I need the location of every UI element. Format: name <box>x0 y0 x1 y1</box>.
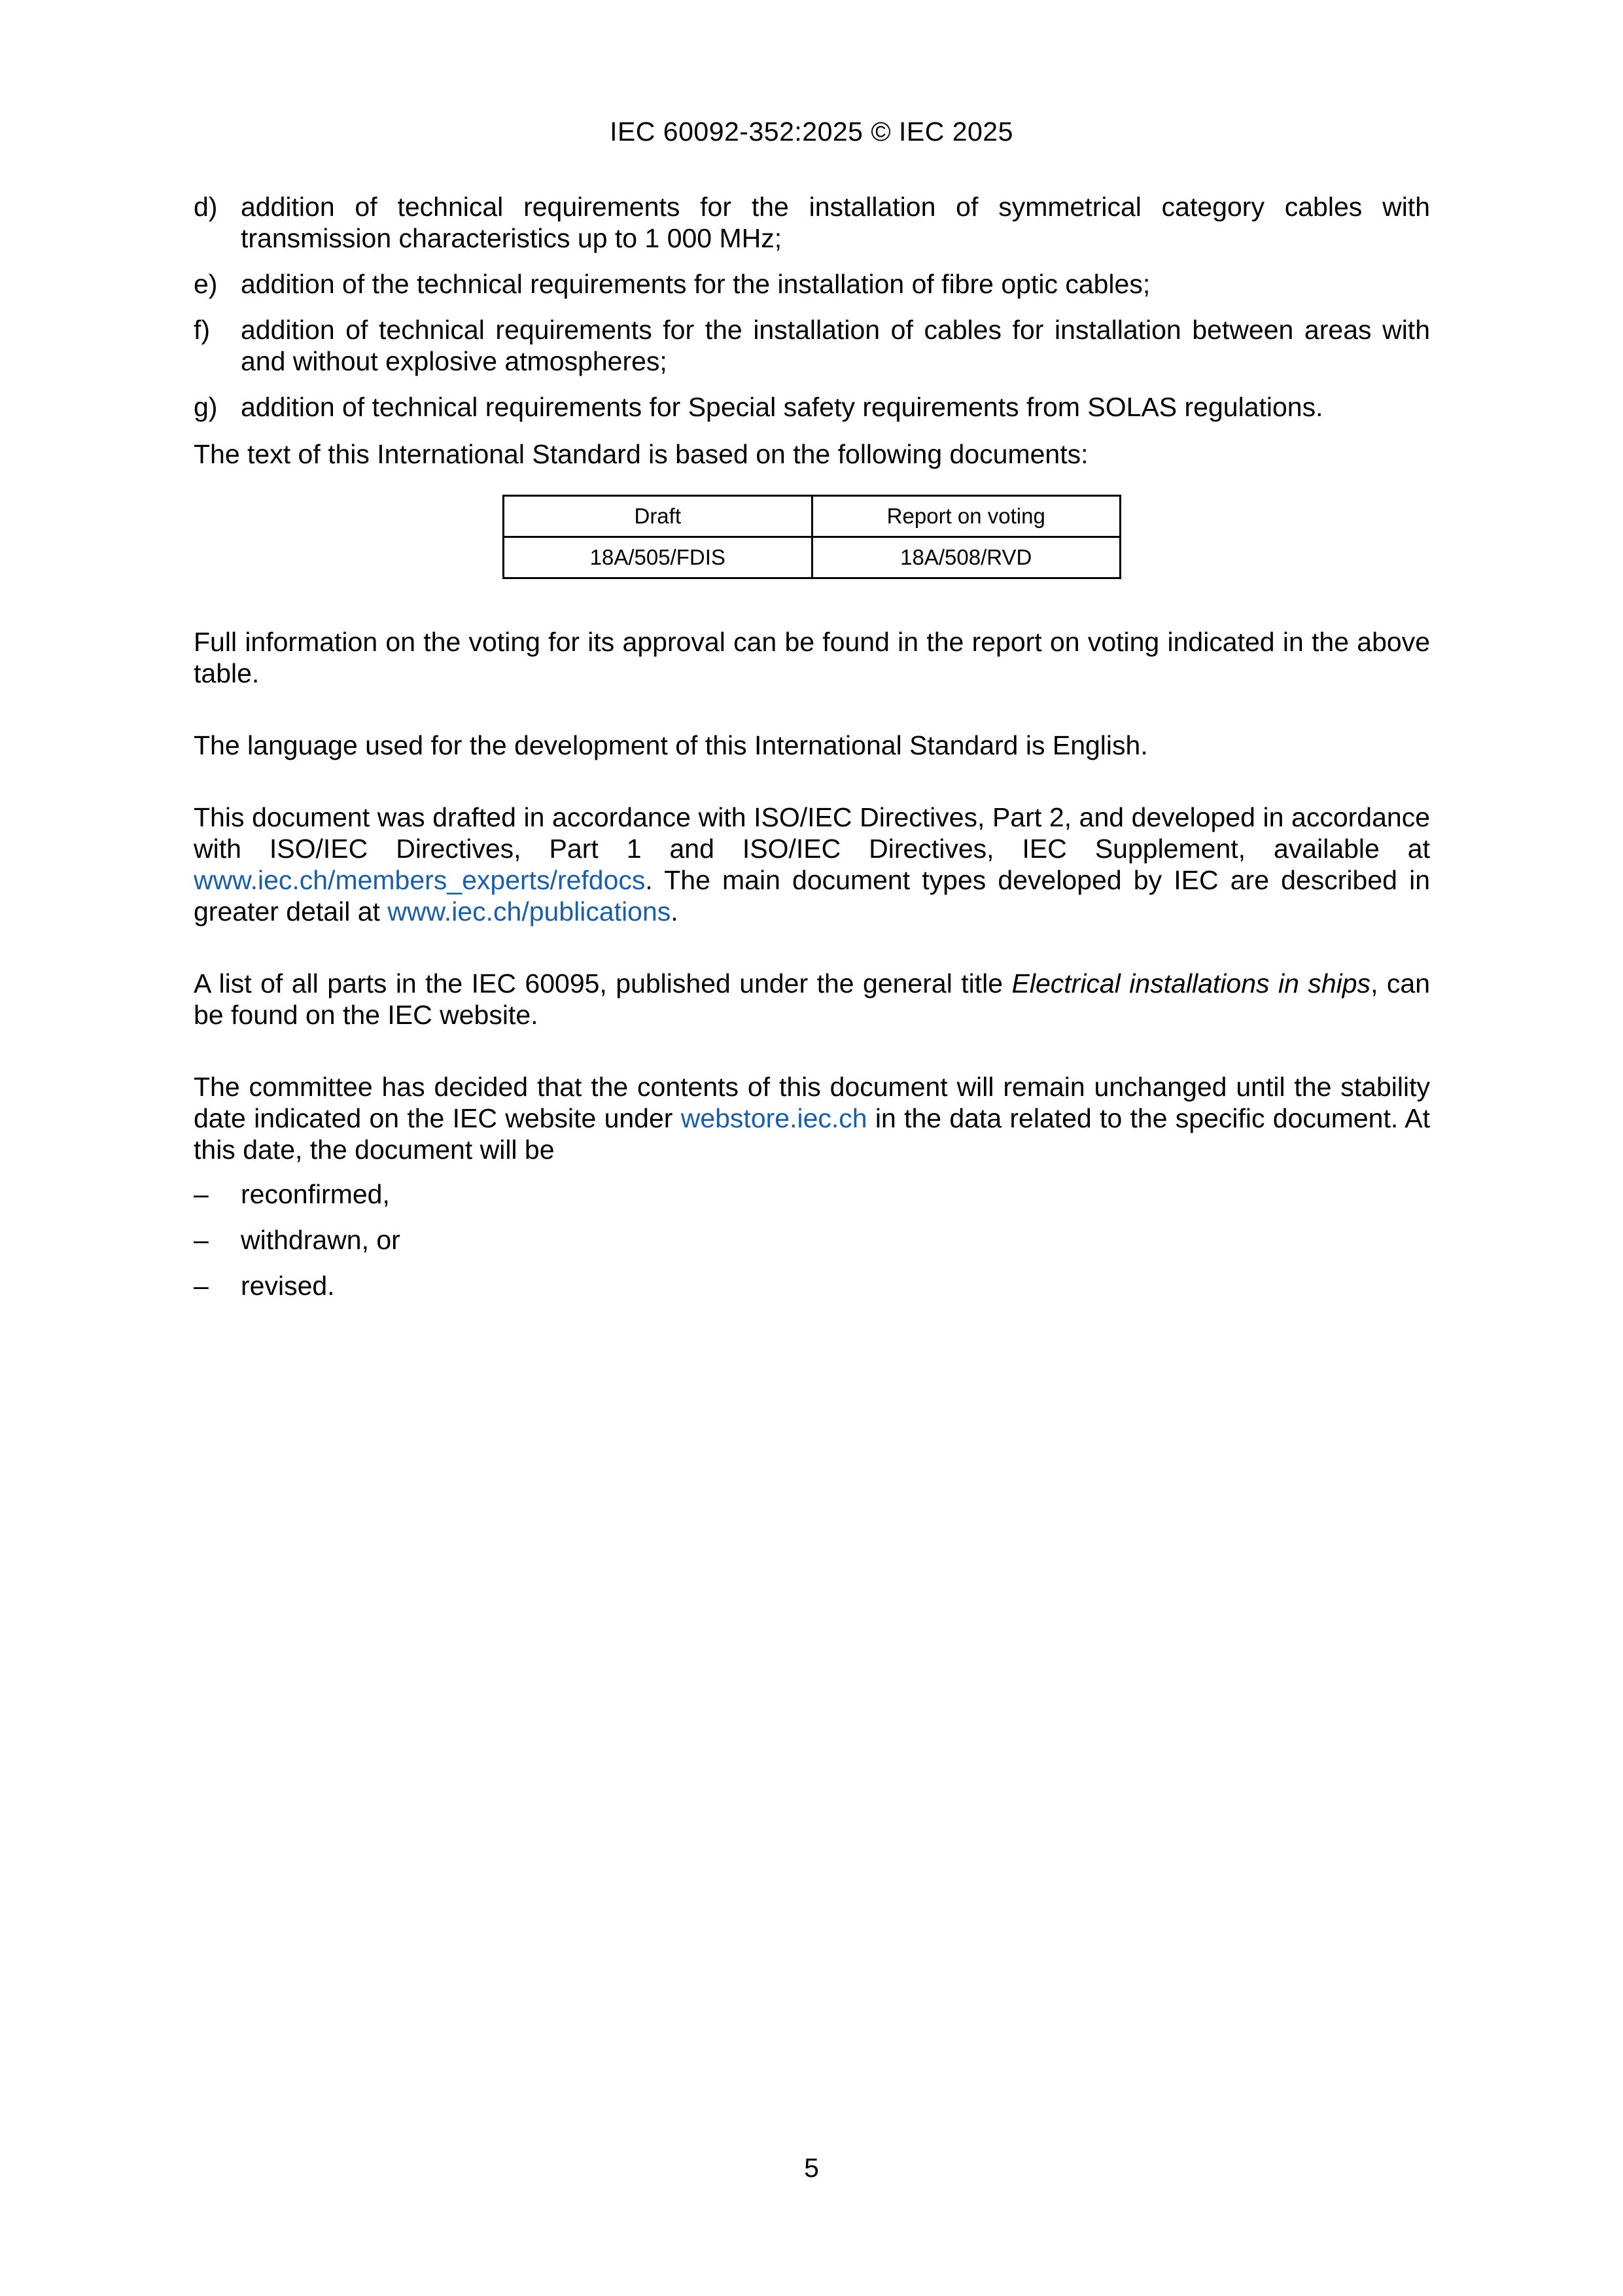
parts-list-paragraph: A list of all parts in the IEC 60095, pu… <box>194 968 1430 1031</box>
list-marker: d) <box>194 191 217 222</box>
series-title: Electrical installations in ships <box>1012 968 1371 998</box>
dash-marker: – <box>194 1178 209 1210</box>
table-cell-draft: 18A/505/FDIS <box>504 537 812 578</box>
page-content: d) addition of technical requirements fo… <box>194 191 1430 1316</box>
page-header: IEC 60092-352:2025 © IEC 2025 <box>0 116 1623 147</box>
list-item: – withdrawn, or <box>194 1224 1430 1256</box>
list-marker: f) <box>194 314 210 345</box>
list-item-text: addition of technical requirements for S… <box>241 392 1323 422</box>
list-item-text: addition of technical requirements for t… <box>241 315 1430 376</box>
changes-list: d) addition of technical requirements fo… <box>194 191 1430 423</box>
table-header-draft: Draft <box>504 496 812 537</box>
list-item-text: withdrawn, or <box>241 1225 400 1255</box>
table-row: 18A/505/FDIS 18A/508/RVD <box>504 537 1121 578</box>
voting-info-paragraph: Full information on the voting for its a… <box>194 626 1430 689</box>
list-marker: g) <box>194 391 217 423</box>
list-item: e) addition of the technical requirement… <box>194 268 1430 300</box>
publications-link[interactable]: www.iec.ch/publications <box>387 896 671 927</box>
outcomes-list: – reconfirmed, – withdrawn, or – revised… <box>194 1178 1430 1301</box>
page-number: 5 <box>0 2153 1623 2183</box>
committee-paragraph: The committee has decided that the conte… <box>194 1071 1430 1165</box>
drafting-paragraph: This document was drafted in accordance … <box>194 802 1430 927</box>
dash-marker: – <box>194 1270 209 1301</box>
list-item-text: addition of technical requirements for t… <box>241 192 1430 253</box>
list-item: – revised. <box>194 1270 1430 1301</box>
table-header-row: Draft Report on voting <box>504 496 1121 537</box>
list-item-text: reconfirmed, <box>241 1179 390 1209</box>
list-item: f) addition of technical requirements fo… <box>194 314 1430 377</box>
parts-text: A list of all parts in the IEC 60095, pu… <box>194 968 1012 998</box>
webstore-link[interactable]: webstore.iec.ch <box>681 1103 867 1133</box>
drafting-text: This document was drafted in accordance … <box>194 802 1430 864</box>
list-item-text: revised. <box>241 1271 335 1301</box>
intro-paragraph: The text of this International Standard … <box>194 438 1430 470</box>
table-header-report: Report on voting <box>812 496 1121 537</box>
list-marker: e) <box>194 268 217 300</box>
list-item: g) addition of technical requirements fo… <box>194 391 1430 423</box>
list-item: d) addition of technical requirements fo… <box>194 191 1430 254</box>
refdocs-link[interactable]: www.iec.ch/members_experts/refdocs <box>194 865 645 895</box>
list-item-text: addition of the technical requirements f… <box>241 269 1150 299</box>
language-paragraph: The language used for the development of… <box>194 730 1430 761</box>
drafting-text: . <box>671 896 678 927</box>
documents-table: Draft Report on voting 18A/505/FDIS 18A/… <box>502 495 1121 579</box>
list-item: – reconfirmed, <box>194 1178 1430 1210</box>
dash-marker: – <box>194 1224 209 1256</box>
table-cell-report: 18A/508/RVD <box>812 537 1121 578</box>
